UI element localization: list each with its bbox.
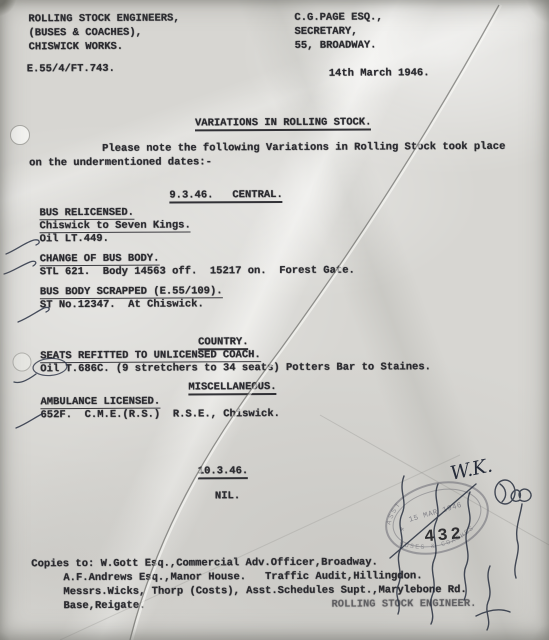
second-date-heading: 10.3.46. bbox=[198, 465, 248, 478]
reference-number: E.55/4/FT.743. bbox=[27, 63, 115, 76]
seats-refitted-detail: Oil T.686C. (9 stretchers to 34 seats) P… bbox=[40, 361, 431, 376]
sender-line-3: CHISWICK WORKS. bbox=[29, 41, 124, 54]
bus-relicensed-route: Chiswick to Seven Kings. bbox=[39, 219, 190, 233]
change-of-body-heading: CHANGE OF BUS BODY. bbox=[40, 253, 160, 267]
central-date-heading: 9.3.46. CENTRAL. bbox=[169, 189, 282, 203]
document-title: VARIATIONS IN ROLLING STOCK. bbox=[195, 116, 372, 130]
sender-line-1: ROLLING STOCK ENGINEERS, bbox=[28, 12, 179, 26]
copies-line-3: Messrs.Wicks, Thorp (Costs), Asst.Schedu… bbox=[63, 584, 466, 599]
bus-relicensed-detail: Oil LT.449. bbox=[40, 233, 109, 246]
recipient-line-2: SECRETARY, bbox=[294, 26, 357, 39]
ambulance-heading: AMBULANCE LICENSED. bbox=[40, 396, 160, 410]
signature-line: ROLLING STOCK ENGINEER. bbox=[331, 598, 476, 612]
country-heading: COUNTRY. bbox=[198, 336, 248, 349]
intro-line-2: on the undermentioned dates:- bbox=[29, 156, 212, 170]
intro-line-1: Please note the following Variations in … bbox=[102, 141, 505, 156]
scanned-document-page: ROLLING STOCK ENGINEERS, (BUSES & COACHE… bbox=[0, 0, 549, 640]
seats-refitted-heading: SEATS REFITTED TO UNLICENSED COACH. bbox=[40, 349, 261, 363]
copies-line-2: A.F.Andrews Esq.,Manor House. Traffic Au… bbox=[63, 570, 422, 585]
body-scrapped-detail: ST No.12347. At Chiswick. bbox=[40, 298, 204, 312]
second-date-value: NIL. bbox=[215, 490, 240, 503]
miscellaneous-heading: MISCELLANEOUS. bbox=[188, 381, 276, 394]
body-scrapped-heading: BUS BODY SCRAPPED (E.55/109). bbox=[40, 285, 223, 299]
recipient-line-1: C.G.PAGE ESQ., bbox=[294, 11, 382, 24]
copies-line-4: Base,Reigate. bbox=[63, 600, 145, 613]
change-of-body-detail: STL 621. Body 14563 off. 15217 on. Fores… bbox=[40, 265, 355, 280]
document-date: 14th March 1946. bbox=[329, 67, 430, 81]
typewritten-content: ROLLING STOCK ENGINEERS, (BUSES & COACHE… bbox=[0, 0, 549, 640]
recipient-line-3: 55, BROADWAY. bbox=[295, 39, 377, 52]
ambulance-detail: 652F. C.M.E.(R.S.) R.S.E., Chiswick. bbox=[40, 408, 280, 422]
bus-relicensed-heading: BUS RELICENSED. bbox=[39, 207, 134, 220]
sender-line-2: (BUSES & COACHES), bbox=[28, 27, 141, 41]
copies-line-1: Copies to: W.Gott Esq.,Commercial Adv.Of… bbox=[31, 556, 378, 571]
